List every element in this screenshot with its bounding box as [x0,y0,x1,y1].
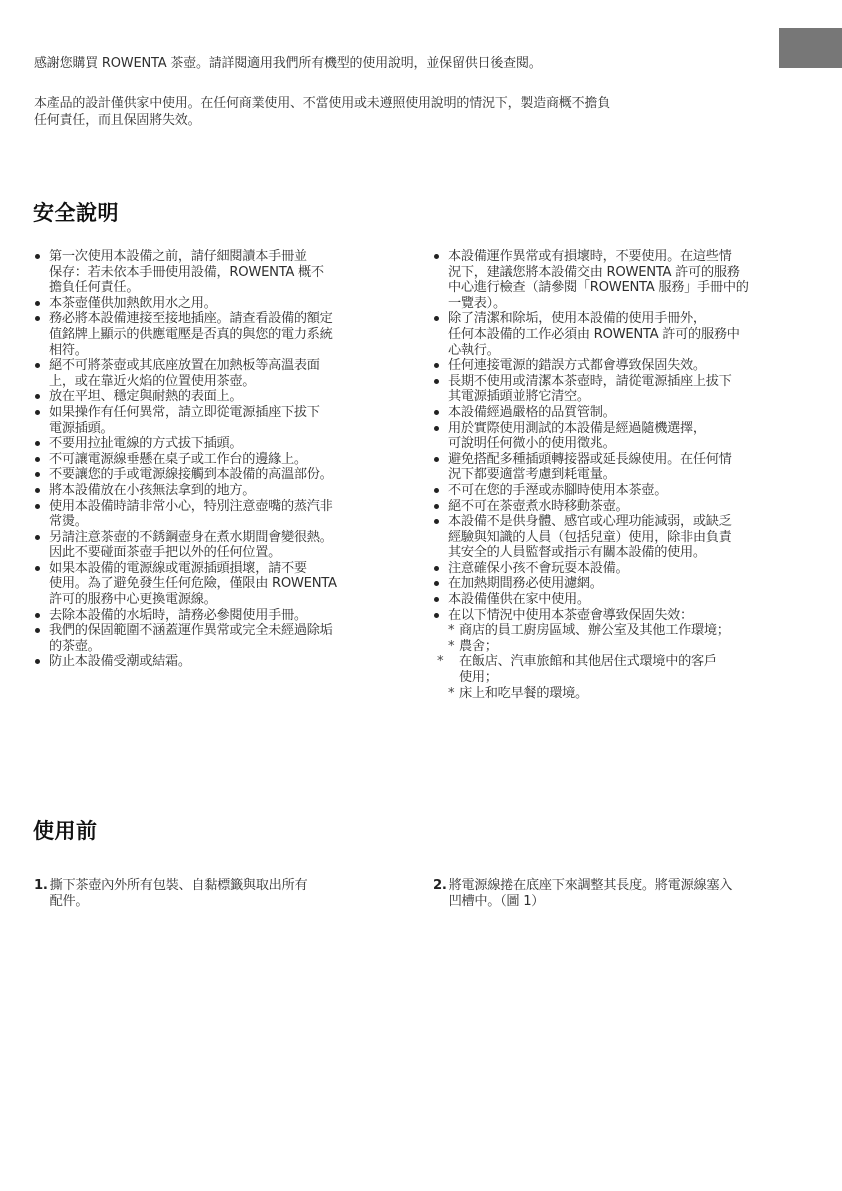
sub-list-item: *商店的員工廚房區域、辦公室及其他工作環境； [433,623,808,639]
list-item: 務必將本設備連接至接地插座。請查看設備的額定 值銘牌上顯示的供應電壓是否真的與您… [34,311,404,358]
list-item: 本茶壺僅供加熱飲用水之用。 [34,296,404,312]
sub-item-text: 農舍； [459,639,498,654]
list-item: 絕不可在茶壺煮水時移動茶壺。 [433,499,808,515]
before-use-heading: 使用前 [33,818,98,844]
list-item: 如果操作有任何異常，請立即從電源插座下拔下 電源插頭。 [34,405,404,436]
step-number: 1. [34,878,48,893]
list-item: 不可在您的手溼或赤腳時使用本茶壺。 [433,483,808,499]
asterisk-marker: * [448,623,459,639]
list-item: 我們的保固範圍不涵蓋運作異常或完全未經過除垢 的茶壺。 [34,623,404,654]
list-item: 去除本設備的水垢時，請務必參閱使用手冊。 [34,608,404,624]
asterisk-marker: * [448,686,459,702]
safety-right-column: 本設備運作異常或有損壞時，不要使用。在這些情 況下，建議您將本設備交由 ROWE… [433,249,808,701]
step-number: 2. [433,878,447,893]
sub-list-item: *床上和吃早餐的環境。 [433,686,808,702]
list-item: 用於實際使用測試的本設備是經過隨機選擇， 可說明任何微小的使用徵兆。 [433,421,808,452]
safety-list-left: 第一次使用本設備之前，請仔細閱讀本手冊並 保存：若未依本手冊使用設備，ROWEN… [34,249,404,670]
list-item: 使用本設備時請非常小心，特別注意壺嘴的蒸汽非 常燙。 [34,499,404,530]
list-item: 本設備經過嚴格的品質管制。 [433,405,808,421]
list-item: 將本設備放在小孩無法拿到的地方。 [34,483,404,499]
list-item: 避免搭配多種插頭轉接器或延長線使用。在任何情 況下都要適當考慮到耗電量。 [433,452,808,483]
sub-list-item: *在飯店、汽車旅館和其他居住式環境中的客戶 使用； [433,654,808,685]
list-item: 另請注意茶壺的不銹鋼壺身在煮水期間會變很熱。 因此不要碰面茶壺手把以外的任何位置… [34,530,404,561]
sub-item-text: 床上和吃早餐的環境。 [459,686,588,701]
safety-left-column: 第一次使用本設備之前，請仔細閱讀本手冊並 保存：若未依本手冊使用設備，ROWEN… [34,249,404,670]
list-item: 不要用拉扯電線的方式拔下插頭。 [34,436,404,452]
intro-thanks: 感謝您購買 ROWENTA 茶壺。請詳閱適用我們所有機型的使用說明，並保留供日後… [34,55,542,72]
list-item: 長期不使用或清潔本茶壺時，請從電源插座上拔下 其電源插頭並將它清空。 [433,374,808,405]
list-item: 如果本設備的電源線或電源插頭損壞，請不要 使用。為了避免發生任何危險，僅限由 R… [34,561,404,608]
step-text: 撕下茶壺內外所有包裝、自黏標籤與取出所有 配件。 [48,878,308,910]
list-item: 防止本設備受潮或結霜。 [34,654,404,670]
list-item: 本設備僅供在家中使用。 [433,592,808,608]
list-item: 任何連接電源的錯誤方式都會導致保固失效。 [433,358,808,374]
asterisk-marker: * [448,654,459,670]
list-item: 注意確保小孩不會玩耍本設備。 [433,561,808,577]
list-item: 不要讓您的手或電源線接觸到本設備的高溫部份。 [34,467,404,483]
sub-list-item: *農舍； [433,639,808,655]
list-item: 本設備不是供身體、感官或心理功能減弱，或缺乏 經驗與知識的人員（包括兒童）使用，… [433,514,808,561]
safety-list-right: 本設備運作異常或有損壞時，不要使用。在這些情 況下，建議您將本設備交由 ROWE… [433,249,808,623]
list-item: 放在平坦、穩定與耐熱的表面上。 [34,389,404,405]
sub-item-text: 商店的員工廚房區域、辦公室及其他工作環境； [459,623,730,638]
safety-heading: 安全說明 [33,200,119,226]
list-item: 在以下情況中使用本茶壺會導致保固失效： [433,608,808,624]
list-item: 在加熱期間務必使用濾網。 [433,576,808,592]
list-item: 不可讓電源線垂懸在桌子或工作台的邊緣上。 [34,452,404,468]
step-1: 1.撕下茶壺內外所有包裝、自黏標籤與取出所有 配件。 [34,862,307,910]
intro-disclaimer: 本產品的設計僅供家中使用。在任何商業使用、不當使用或未遵照使用說明的情況下，製造… [34,95,610,129]
sub-item-text: 在飯店、汽車旅館和其他居住式環境中的客戶 使用； [459,654,717,685]
list-item: 絕不可將茶壺或其底座放置在加熱板等高溫表面 上，或在靠近火焰的位置使用茶壺。 [34,358,404,389]
step-text: 將電源線捲在底座下來調整其長度。將電源線塞入 凹槽中。（圖 1） [447,878,733,910]
step-2: 2.將電源線捲在底座下來調整其長度。將電源線塞入 凹槽中。（圖 1） [433,862,732,910]
warranty-sublist: *商店的員工廚房區域、辦公室及其他工作環境； *農舍； *在飯店、汽車旅館和其他… [433,623,808,701]
language-tab-marker [779,28,842,68]
list-item: 除了清潔和除垢，使用本設備的使用手冊外， 任何本設備的工作必須由 ROWENTA… [433,311,808,358]
asterisk-marker: * [448,639,459,655]
list-item: 本設備運作異常或有損壞時，不要使用。在這些情 況下，建議您將本設備交由 ROWE… [433,249,808,311]
list-item: 第一次使用本設備之前，請仔細閱讀本手冊並 保存：若未依本手冊使用設備，ROWEN… [34,249,404,296]
